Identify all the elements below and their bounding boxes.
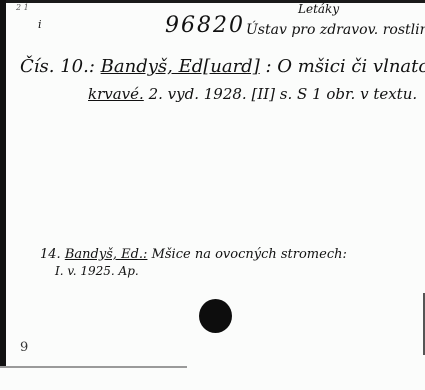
entry-title: : O mšici či vlnatce (265, 56, 425, 77)
entry-main-line1: Čís. 10.: Bandyš, Ed[uard] : O mšici či … (20, 56, 425, 77)
tick-mark: i (38, 18, 42, 31)
corner-mark: 2 1 (16, 3, 29, 12)
entry-title-cont: krvavé. (88, 85, 144, 103)
card-bottom-edge (0, 366, 187, 368)
subject-heading: Ústav pro zdravov. rostlin (246, 22, 425, 38)
note-author: Bandyš, Ed.: (65, 247, 148, 262)
catalog-card: 2 1 i 96820 Ústav pro zdravov. rostlin L… (0, 0, 425, 368)
entry-edition: 2. vyd. 1928. (149, 85, 247, 103)
punch-hole (199, 299, 232, 333)
entry-author: Bandyš, Ed[uard] (101, 56, 260, 77)
entry-note-line2: I. v. 1925. Ap. (55, 264, 139, 278)
catalog-number: 96820 (165, 13, 245, 38)
entry-note-line1: 14. Bandyš, Ed.: Mšice na ovocných strom… (40, 247, 347, 262)
card-top-border (0, 0, 425, 3)
subject-insertion: Letáky (298, 2, 339, 16)
entry-pages: [II] s. S 1 obr. v textu. (251, 85, 417, 103)
page-marker: 9 (20, 340, 28, 355)
entry-main-line2: krvavé. 2. vyd. 1928. [II] s. S 1 obr. v… (88, 85, 417, 103)
card-left-border (0, 0, 6, 366)
note-title: Mšice na ovocných stromech: (152, 247, 347, 262)
entry-prefix: Čís. 10.: (20, 56, 95, 77)
note-prefix: 14. (40, 247, 61, 262)
